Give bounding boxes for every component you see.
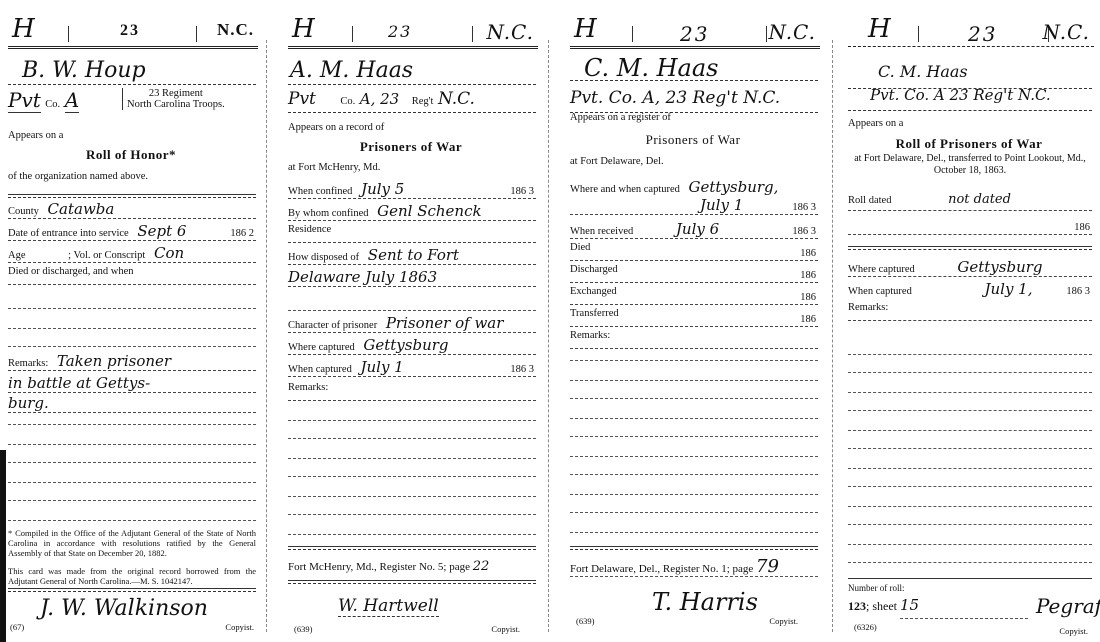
field-label: Transferred xyxy=(570,308,619,319)
field-value: Genl Schenck xyxy=(377,202,481,220)
field-label: By whom confined xyxy=(288,208,369,219)
roll-title: Roll of Honor* xyxy=(0,147,262,163)
header-divider xyxy=(352,26,353,42)
copyist-signature: Pegraf xyxy=(1036,594,1100,618)
field-label: When captured xyxy=(288,364,352,375)
remarks-line: burg. xyxy=(8,394,256,413)
card-code: (6326) xyxy=(854,622,877,632)
remarks-label: Remarks: xyxy=(848,302,888,313)
regt-label: Reg't xyxy=(412,96,434,107)
remarks-label: Remarks: xyxy=(8,358,48,369)
field-label: Residence xyxy=(288,224,331,235)
field-label: County xyxy=(8,206,39,217)
field-label: How disposed of xyxy=(288,252,359,263)
card-header: H 23 N.C. xyxy=(8,20,258,49)
header-divider xyxy=(68,26,69,42)
remarks-text: in battle at Gettys- xyxy=(8,374,150,392)
field-where-captured: Where captured Gettysburg xyxy=(288,336,536,355)
field-label: Vol. or Conscript xyxy=(73,250,145,261)
field-how-disposed: How disposed of Sent to Fort xyxy=(288,246,536,265)
location: at Fort Delaware, Del., transferred to P… xyxy=(848,153,1092,177)
field-value: Sept 6 xyxy=(137,222,186,240)
header-regiment: 23 xyxy=(388,22,412,41)
field-value: Gettysburg xyxy=(957,258,1042,276)
field-residence: Residence xyxy=(288,224,536,243)
remarks: Remarks: xyxy=(848,302,1092,321)
field-label: Character of prisoner xyxy=(288,320,377,331)
remarks-label: Remarks: xyxy=(288,382,328,393)
company-label: Co. xyxy=(45,99,60,110)
field-value: Sent to Fort xyxy=(368,246,459,264)
card-header: H 23 N.C. xyxy=(848,20,1094,47)
number-of-roll-label: Number of roll: xyxy=(848,583,1092,593)
field-value: July 1 xyxy=(360,358,403,376)
field-when-captured: When captured July 1 186 3 xyxy=(288,358,536,377)
regiment-text: 23 Regiment xyxy=(127,88,225,99)
soldier-name: B. W. Houp xyxy=(8,58,256,85)
regiment-block: 23 Regiment North Carolina Troops. xyxy=(122,88,225,110)
appears-on: Appears on a xyxy=(848,118,1092,129)
field-exchanged: Exchanged 186 xyxy=(570,286,818,305)
card-divider xyxy=(548,40,549,632)
header-regiment: 23 xyxy=(968,22,997,46)
field-when-captured: When captured July 1, 186 3 xyxy=(848,280,1092,298)
field-label: Died or discharged, and when xyxy=(8,266,133,277)
soldier-name: C. M. Haas xyxy=(848,62,1092,89)
field-value: July 5 xyxy=(361,180,404,198)
field-date-of-entrance: Date of entrance into service Sept 6 186… xyxy=(8,222,256,241)
rank-value: Pvt xyxy=(8,88,41,113)
field-year: 186 3 xyxy=(510,364,534,375)
field-value: Con xyxy=(154,244,184,262)
field-label: Date of entrance into service xyxy=(8,228,129,239)
soldier-name: C. M. Haas xyxy=(570,54,818,81)
field-label: Exchanged xyxy=(570,286,617,297)
remarks-label: Remarks: xyxy=(570,330,610,341)
field-year: 186 3 xyxy=(792,202,816,213)
field-roll-year: 186 xyxy=(848,216,1092,235)
field-label: When received xyxy=(570,226,633,237)
remarks-text: burg. xyxy=(8,394,49,412)
field-died: Died 186 xyxy=(570,242,818,261)
field-label: Age xyxy=(8,250,26,261)
copyist-label: Copyist. xyxy=(1059,626,1088,636)
card-fort-delaware-register: H 23 N.C. C. M. Haas Pvt. Co. A, 23 Reg'… xyxy=(562,0,824,642)
field-value: July 6 xyxy=(676,220,719,238)
appears-on: Appears on a record of xyxy=(288,122,536,133)
register-label: Fort Delaware, Del., Register No. 1; pag… xyxy=(570,563,753,575)
field-value: Gettysburg xyxy=(363,336,448,354)
field-by-whom-confined: By whom confined Genl Schenck xyxy=(288,202,536,221)
card-code: (639) xyxy=(294,624,312,634)
copyist-signature: W. Hartwell xyxy=(338,596,439,617)
register-line: Fort McHenry, Md., Register No. 5; page … xyxy=(288,559,536,574)
remarks: Remarks: xyxy=(570,330,818,349)
regt-state: N.C. xyxy=(438,89,475,109)
field-year: 186 3 xyxy=(510,186,534,197)
header-state-initial: H xyxy=(292,14,315,44)
card-divider xyxy=(832,40,833,632)
register-page: 79 xyxy=(756,556,779,577)
header-state: N.C. xyxy=(1042,20,1090,44)
field-label: Roll dated xyxy=(848,195,891,206)
field-label: Where captured xyxy=(848,264,915,275)
header-divider xyxy=(918,26,919,42)
rank-line: Pvt. Co. A 23 Reg't N.C. xyxy=(848,86,1092,111)
field-transferred: Transferred 186 xyxy=(570,308,818,327)
field-label: Where and when captured xyxy=(570,184,680,195)
copyist-label: Copyist. xyxy=(491,624,520,634)
header-state-initial: H xyxy=(574,14,597,44)
header-state: N.C. xyxy=(217,20,254,40)
register-line: Fort Delaware, Del., Register No. 1; pag… xyxy=(570,556,818,577)
card-header: H 23 N.C. xyxy=(288,20,538,49)
rank-line: Pvt. Co. A, 23 Reg't N.C. xyxy=(570,88,818,113)
location: at Fort Delaware, Del. xyxy=(570,156,818,167)
rank-row: Pvt Co. A 23 Regiment North Carolina Tro… xyxy=(8,88,256,112)
field-value: not dated xyxy=(948,192,1011,207)
appears-on: Appears on a register of xyxy=(570,112,818,123)
header-divider xyxy=(766,26,767,42)
field-value: Catawba xyxy=(48,200,115,218)
remarks-line: in battle at Gettys- xyxy=(8,374,256,393)
field-label: Where captured xyxy=(288,342,355,353)
roll-title: Roll of Prisoners of War xyxy=(840,136,1098,152)
header-divider xyxy=(472,26,473,42)
header-regiment: 23 xyxy=(680,22,709,46)
header-divider xyxy=(196,26,197,42)
field-how-disposed-cont: Delaware July 1863 xyxy=(288,268,536,287)
copyist-label: Copyist. xyxy=(225,622,254,632)
field-year: 186 xyxy=(800,314,816,325)
card-code: (639) xyxy=(576,616,594,626)
field-county: County Catawba xyxy=(8,200,256,219)
card-point-lookout-transfer: H 23 N.C. C. M. Haas Pvt. Co. A 23 Reg't… xyxy=(840,0,1098,642)
remarks-text: Taken prisoner xyxy=(57,352,171,370)
card-header: H 23 N.C. xyxy=(570,20,820,49)
footnote-compiled: * Compiled in the Office of the Adjutant… xyxy=(8,528,256,558)
remarks: Remarks: xyxy=(288,382,536,401)
field-value: July 1 xyxy=(700,196,743,214)
field-label: When confined xyxy=(288,186,352,197)
field-when-confined: When confined July 5 186 3 xyxy=(288,180,536,199)
rank-row: Pvt Co. A, 23 Reg't N.C. xyxy=(288,88,536,113)
copyist-label: Copyist. xyxy=(769,616,798,626)
company-label: Co. xyxy=(340,96,355,107)
field-roll-dated: Roll dated not dated xyxy=(848,192,1092,211)
roll-title: Prisoners of War xyxy=(280,139,542,155)
card-fort-mchenry: H 23 N.C. A. M. Haas Pvt Co. A, 23 Reg't… xyxy=(280,0,542,642)
field-died-discharged: Died or discharged, and when xyxy=(8,266,256,285)
field-value: Prisoner of war xyxy=(386,314,504,332)
header-state-initial: H xyxy=(12,14,35,44)
soldier-name: A. M. Haas xyxy=(288,58,536,85)
field-captured-date: July 1 186 3 xyxy=(570,196,818,215)
sheet-number: 15 xyxy=(900,596,919,614)
header-state-initial: H xyxy=(868,14,891,44)
field-age-conscript: Age ; Vol. or Conscript Con xyxy=(8,244,256,263)
copyist-signature: T. Harris xyxy=(652,588,758,616)
footnote-source: This card was made from the original rec… xyxy=(8,566,256,586)
field-character: Character of prisoner Prisoner of war xyxy=(288,314,536,333)
header-state: N.C. xyxy=(486,20,534,44)
location: at Fort McHenry, Md. xyxy=(288,162,536,173)
sheet-label: ; sheet xyxy=(866,599,897,613)
field-when-received: When received July 6 186 3 xyxy=(570,220,818,239)
roll-title: Prisoners of War xyxy=(562,132,824,148)
field-where-captured: Where captured Gettysburg xyxy=(848,258,1092,277)
header-state: N.C. xyxy=(768,20,816,44)
card-code: (67) xyxy=(10,622,24,632)
roll-number: 123 xyxy=(848,599,866,613)
appears-on: Appears on a xyxy=(8,130,256,141)
field-label: Died xyxy=(570,242,590,253)
field-label: Discharged xyxy=(570,264,618,275)
field-year: 186 3 xyxy=(1066,286,1090,297)
field-label: When captured xyxy=(848,286,912,297)
field-discharged: Discharged 186 xyxy=(570,264,818,283)
field-year: 186 xyxy=(800,270,816,281)
field-value: July 1, xyxy=(984,280,1032,298)
company-value: A, 23 xyxy=(360,90,399,108)
field-year: 186 xyxy=(800,292,816,303)
header-regiment: 23 xyxy=(120,22,140,40)
field-year: 186 3 xyxy=(792,226,816,237)
remarks: Remarks: Taken prisoner xyxy=(8,352,256,371)
header-divider xyxy=(632,26,633,42)
field-year: 186 xyxy=(800,248,816,259)
field-where-when-captured: Where and when captured Gettysburg, xyxy=(570,178,818,196)
regiment-troops: North Carolina Troops. xyxy=(127,99,225,110)
field-year: 186 2 xyxy=(230,228,254,239)
register-page: 22 xyxy=(473,559,490,574)
card-divider xyxy=(266,40,267,632)
register-label: Fort McHenry, Md., Register No. 5; page xyxy=(288,561,470,573)
scan-edge xyxy=(0,450,6,642)
roll-subtitle: of the organization named above. xyxy=(8,171,256,182)
copyist-signature: J. W. Walkinson xyxy=(40,596,208,621)
field-value: Delaware July 1863 xyxy=(288,268,437,286)
company-value: A xyxy=(65,88,79,113)
rank-value: Pvt xyxy=(288,89,316,109)
field-value: Gettysburg, xyxy=(689,178,779,196)
card-roll-of-honor: H 23 N.C. B. W. Houp Pvt Co. A 23 Regime… xyxy=(0,0,262,642)
field-year: 186 xyxy=(1074,222,1090,233)
